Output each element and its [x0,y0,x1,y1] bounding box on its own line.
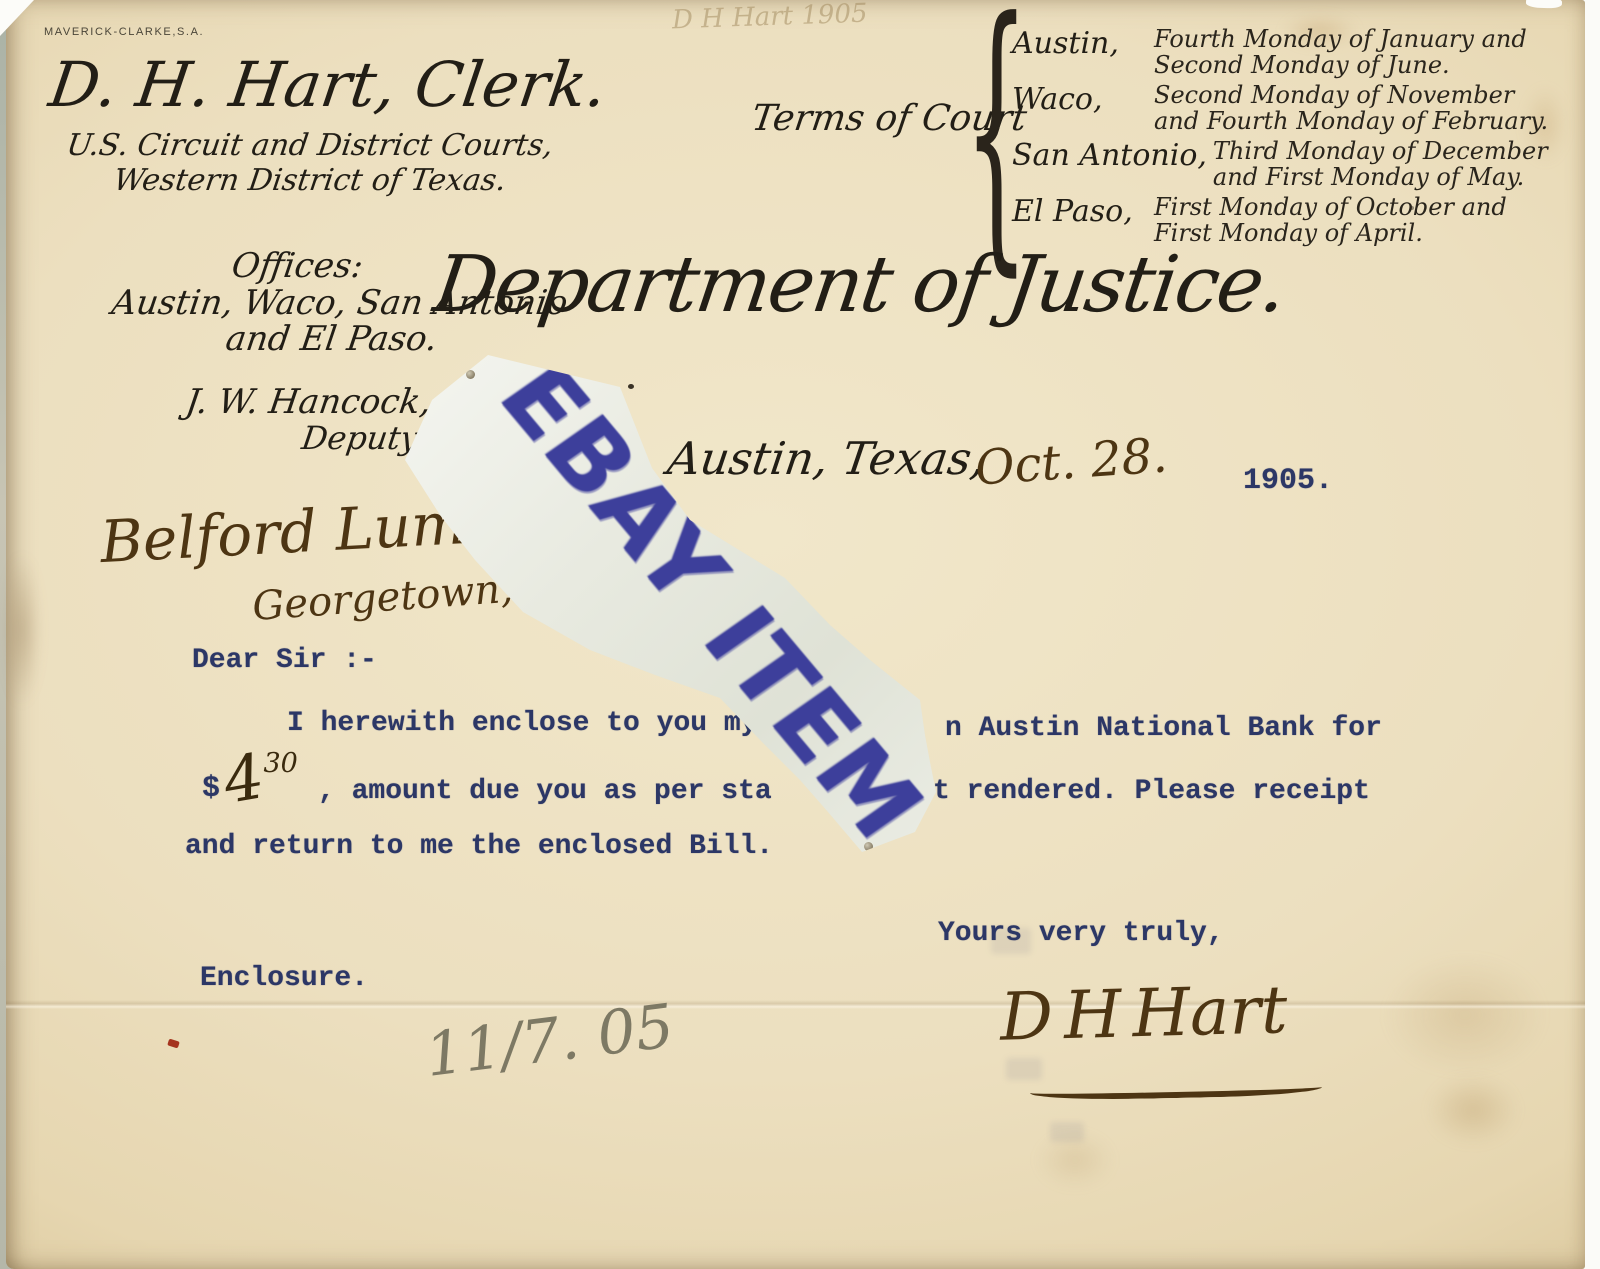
scan-corner-gap [0,0,34,36]
term-city: Waco, [1012,82,1148,117]
valediction: Yours very truly, [938,918,1224,949]
term-city: San Antonio, [1012,138,1207,173]
amount-handwritten: 430 [224,742,298,815]
term-city: Austin, [1012,26,1148,61]
clerk-court-line1: U.S. Circuit and District Courts, [50,128,570,163]
department-title: Department of Justice. [420,240,1300,330]
offices-cities-line2: and El Paso. [226,319,437,359]
amount-dollar-sign: $ [202,772,220,806]
deputy-title: Deputy [302,419,419,457]
clerk-court-line2: Western District of Texas. [50,163,570,198]
ink-speck [628,384,634,389]
paper-stain [1350,930,1580,1100]
term-schedule: First Monday of October andFirst Monday … [1154,194,1507,246]
printer-mark: MAVERICK-CLARKE,S.A. [44,26,204,38]
paper-stain [1408,1060,1538,1160]
clerk-name: D. H. Hart, Clerk. [50,48,570,121]
term-schedule: Second Monday of Novemberand Fourth Mond… [1154,82,1548,134]
bleed-through-mark [1050,1122,1084,1142]
body-line2-right: t rendered. Please receipt [933,776,1370,807]
scanned-letter: MAVERICK-CLARKE,S.A. D H Hart 1905 D. H.… [0,0,1600,1269]
dateline-year: 1905. [1243,464,1333,498]
salutation: Dear Sir :- [192,645,377,676]
term-row: Waco, Second Monday of Novemberand Fourt… [1012,82,1572,134]
terms-of-court-list: Austin, Fourth Monday of January andSeco… [1012,26,1572,250]
amount-cents: 30 [263,748,297,779]
body-line2-left: , amount due you as per sta [318,776,772,807]
dateline-place: Austin, Texas, [668,432,985,485]
term-row: Austin, Fourth Monday of January andSeco… [1012,26,1572,78]
enclosure-note: Enclosure. [200,963,368,994]
signature: D H Hart [999,971,1288,1055]
term-schedule: Fourth Monday of January andSecond Monda… [1154,26,1527,78]
term-schedule: Third Monday of Decemberand First Monday… [1213,138,1548,190]
body-line1-right: n Austin National Bank for [945,713,1382,744]
fold-crease [6,1000,1585,1009]
bleed-through-mark [1006,1058,1042,1080]
amount-main: 4 [218,739,270,818]
offices-label: Offices: [232,246,363,286]
term-row: San Antonio, Third Monday of Decemberand… [1012,138,1572,190]
paper-stain [0,520,48,740]
deputy-name: J. W. Hancock, [186,382,431,422]
term-city: El Paso, [1012,194,1148,229]
body-line1-left: I herewith enclose to you my [287,708,757,739]
term-row: El Paso, First Monday of October andFirs… [1012,194,1572,246]
body-line3: and return to me the enclosed Bill. [185,831,773,862]
